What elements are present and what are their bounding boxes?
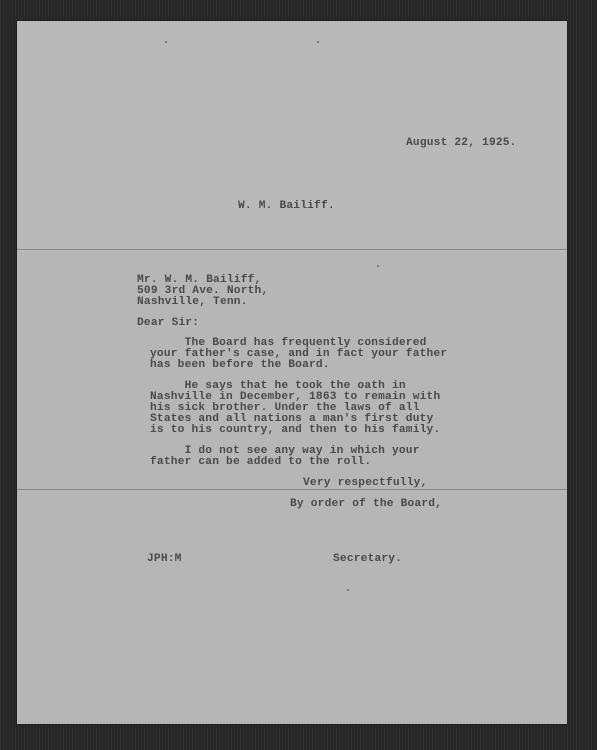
letter-page: August 22, 1925. W. M. Bailiff. Mr. W. M… bbox=[17, 21, 567, 724]
signatory-title: Secretary. bbox=[333, 553, 402, 565]
typist-initials: JPH:M bbox=[147, 553, 182, 565]
paper-speck bbox=[347, 589, 349, 591]
paper-speck bbox=[317, 41, 319, 43]
fold-line bbox=[17, 489, 567, 490]
page-top-panel bbox=[17, 21, 567, 251]
paragraph-line: is to his country, and then to his famil… bbox=[150, 424, 440, 436]
paper-speck bbox=[377, 265, 379, 267]
letter-date: August 22, 1925. bbox=[406, 137, 517, 149]
salutation: Dear Sir: bbox=[137, 317, 199, 329]
paragraph-line: has been before the Board. bbox=[150, 359, 330, 371]
signature-line: By order of the Board, bbox=[290, 498, 442, 510]
fold-line bbox=[17, 249, 567, 250]
paper-speck bbox=[165, 41, 167, 43]
letter-subject: W. M. Bailiff. bbox=[238, 200, 335, 212]
paragraph-line: father can be added to the roll. bbox=[150, 456, 371, 468]
address-line: Nashville, Tenn. bbox=[137, 296, 248, 308]
closing: Very respectfully, bbox=[303, 477, 427, 489]
